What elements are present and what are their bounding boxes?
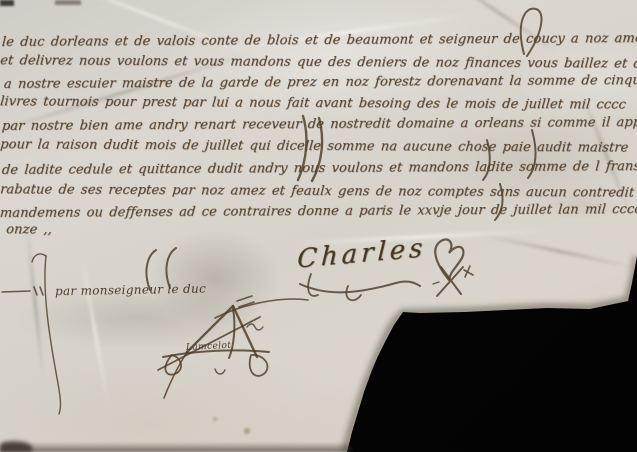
- bottom-edge-shadow: [0, 442, 352, 452]
- edge-speck: [55, 0, 81, 5]
- manuscript-photo: le duc dorleans et de valois conte de bl…: [0, 0, 637, 452]
- edge-speck: [0, 0, 14, 6]
- corner-shadow: [0, 441, 32, 452]
